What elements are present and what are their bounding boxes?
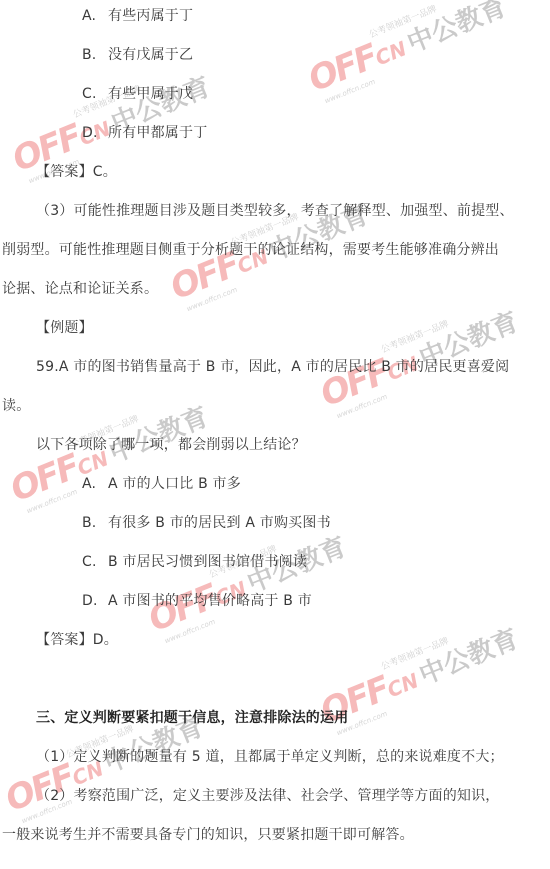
paragraph-line: 削弱型。可能性推理题目侧重于分析题干的论证结构，需要考生能够准确分辨出 <box>2 241 499 259</box>
option-c: C.B 市居民习惯到图书馆借书阅读 <box>82 553 307 571</box>
paragraph-line: （3）可能性推理题目涉及题目类型较多，考查了解释型、加强型、前提型、 <box>36 202 514 220</box>
paragraph-line: （1）定义判断的题量有 5 道，且都属于单定义判断，总的来说难度不大； <box>36 748 504 766</box>
answer-label: 【答案】D。 <box>36 631 118 649</box>
option-d: D.A 市图书的平均售价略高于 B 市 <box>82 592 312 610</box>
watermark: 公考领袖第一品牌 OFFCN中公教育 www.offcn.com <box>303 0 512 100</box>
option-c: C.有些甲属于戊 <box>82 85 193 103</box>
paragraph-line: 一般来说考生并不需要具备专门的知识，只要紧扣题干即可解答。 <box>2 826 414 844</box>
answer-label: 【答案】C。 <box>36 163 117 181</box>
option-b: B.没有戊属于乙 <box>82 46 193 64</box>
option-a: A.A 市的人口比 B 市多 <box>82 475 241 493</box>
paragraph-line: 论据、论点和论证关系。 <box>2 280 158 298</box>
option-a: A.有些丙属于丁 <box>82 7 193 25</box>
offcn-logo-icon: OFFCN <box>315 340 423 415</box>
watermark: 公考领袖第一品牌 OFFCN中公教育 www.offcn.com <box>143 525 352 640</box>
option-b: B.有很多 B 市的居民到 A 市购买图书 <box>82 514 331 532</box>
option-d: D.所有甲都属于丁 <box>82 124 207 142</box>
question-stem: 59.A 市的图书销售量高于 B 市，因此，A 市的居民比 B 市的居民更喜爱阅 <box>36 358 509 376</box>
document-page: 公考领袖第一品牌 OFFCN中公教育 www.offcn.com 公考领袖第一品… <box>0 0 550 869</box>
offcn-logo-icon: OFFCN <box>303 25 411 100</box>
section-heading: 三、定义判断要紧扣题干信息，注意排除法的运用 <box>36 709 348 727</box>
paragraph-line: （2）考察范围广泛，定义主要涉及法律、社会学、管理学等方面的知识， <box>36 787 500 805</box>
question-prompt: 以下各项除了哪一项，都会削弱以上结论？ <box>36 436 306 454</box>
example-heading: 【例题】 <box>36 319 93 337</box>
question-stem: 读。 <box>2 397 30 415</box>
